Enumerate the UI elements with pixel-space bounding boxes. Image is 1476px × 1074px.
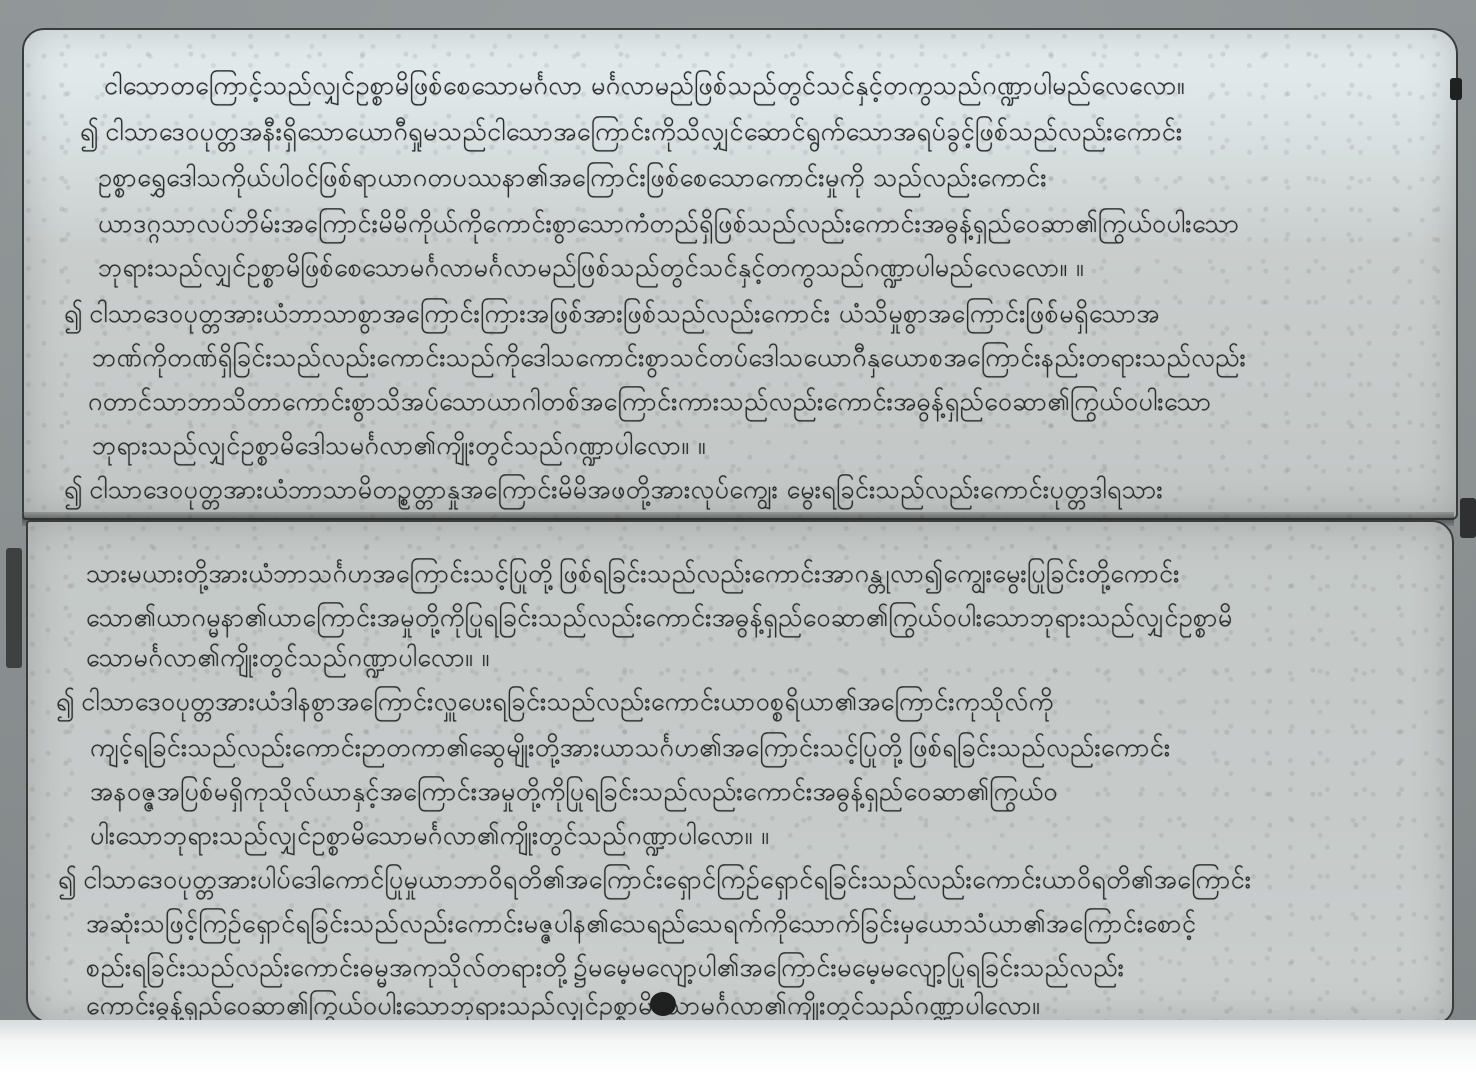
text-line: ဂတာင်သာဘာသိတာကောင်းစွာသိအပ်သောယာဂါတစ်အကြ… <box>24 386 1456 423</box>
edge-stain <box>1450 78 1462 100</box>
line-text: ယာဒဂ္ဂသာလပ်ဘိမ်းအကြောင်းမိမိကိုယ်ကိုကောင… <box>98 209 1240 238</box>
manuscript-leaf-bottom: သားမယားတို့အားယံဘာသင်္ဂဟအကြောင်းသင့်ပြုတ… <box>26 520 1454 1024</box>
line-text: ပါးသောဘုရားသည်လျှင်ဥစ္စာမိသောမင်္ဂလာ၏ကျိ… <box>90 821 769 850</box>
line-text: ငါသာဒေဝပုတ္တအားပါပ်ဒေါကောင်ပြုမှုယာဘာဝိရ… <box>83 865 1251 894</box>
line-text: သောမင်္ဂလာ၏ကျိုးတွင်သည်ဂဏ္ဍာပါလော။ ။ <box>86 643 490 672</box>
line-text: ငါသာဒေဝပုတ္တအားယံဘာသာစွာအကြောင်းကြားအဖြစ… <box>89 299 1160 328</box>
text-line: ၍ငါသာဒေဝပုတ္တအားယံဘာသာစွာအကြောင်းကြားအဖြ… <box>24 298 1456 335</box>
line-text: ငါသာဒေဝပုတ္တအနီးရှိသောယောဂီရှုမသည်ငါသောအ… <box>105 117 1182 146</box>
edge-stain <box>1460 498 1476 538</box>
line-text: ကောင်းဓွန့်ရှည်ဝေဆာ၏ကြွယ်ဝပါးသောဘုရားသည်… <box>86 991 1040 1020</box>
text-line: ဘဏ်ကိုတဏ်ရှိခြင်းသည်လည်းကောင်းသည်ကိုဒေါသ… <box>24 342 1456 379</box>
text-line: စည်းရခြင်းသည်လည်းကောင်းဓမ္မအကုသိုလ်တရားတ… <box>28 952 1452 989</box>
section-marker: ၍ <box>64 299 83 328</box>
text-line: ကျင့်ရခြင်းသည်လည်းကောင်းဉာတကာ၏ဆွေမျိုးတိ… <box>28 732 1452 769</box>
text-line: သောမင်္ဂလာ၏ကျိုးတွင်သည်ဂဏ္ဍာပါလော။ ။ <box>28 642 1452 679</box>
line-text: သားမယားတို့အားယံဘာသင်္ဂဟအကြောင်းသင့်ပြုတ… <box>86 559 1180 588</box>
text-line: အနဝဇ္ဇအပြစ်မရှိကုသိုလ်ယာနှင့်အကြောင်းအမှ… <box>28 776 1452 813</box>
text-line: ၍ငါသာဒေဝပုတ္တအားယံဘာသာမိတဉ္စတ္တာနှုအကြော… <box>24 474 1456 511</box>
line-text: ဘုရားသည်လျှင်ဥစ္စာမိဒေါသမင်္ဂလာ၏ကျိုးတွင… <box>92 431 706 460</box>
line-text: ကျင့်ရခြင်းသည်လည်းကောင်းဉာတကာ၏ဆွေမျိုးတိ… <box>90 733 1171 762</box>
section-marker: ၍ <box>80 117 99 146</box>
text-line: ဥစ္စာရွှေဒေါသကိုယ်ပါဝင်ဖြစ်ရာယာဂတပဿနာ၏အက… <box>24 162 1456 199</box>
text-line: ၍ငါသာဒေဝပုတ္တအနီးရှိသောယောဂီရှုမသည်ငါသော… <box>24 116 1456 153</box>
text-line: ဘုရားသည်လျှင်ဥစ္စာမိဒေါသမင်္ဂလာ၏ကျိုးတွင… <box>24 430 1456 467</box>
text-line: ပါးသောဘုရားသည်လျှင်ဥစ္စာမိသောမင်္ဂလာ၏ကျိ… <box>28 820 1452 857</box>
text-line: ယာဒဂ္ဂသာလပ်ဘိမ်းအကြောင်းမိမိကိုယ်ကိုကောင… <box>24 208 1456 245</box>
text-line: ကောင်းဓွန့်ရှည်ဝေဆာ၏ကြွယ်ဝပါးသောဘုရားသည်… <box>28 990 1452 1024</box>
line-text: ဥစ္စာရွှေဒေါသကိုယ်ပါဝင်ဖြစ်ရာယာဂတပဿနာ၏အက… <box>98 163 1047 192</box>
text-line: သားမယားတို့အားယံဘာသင်္ဂဟအကြောင်းသင့်ပြုတ… <box>28 558 1452 595</box>
text-line: ဘုရားသည်လျှင်ဥစ္စာမိဖြစ်စေသောမင်္ဂလာမင်္… <box>24 252 1456 289</box>
section-marker: ၍ <box>58 865 77 894</box>
line-text: ငါသောတကြောင့်သည်လျှင်ဥစ္စာမိဖြစ်စေသောမင်… <box>104 71 1185 100</box>
line-text: အဆုံးသဖြင့်ကြဉ်ရှောင်ရခြင်းသည်လည်းကောင်း… <box>86 909 1196 938</box>
line-text: အနဝဇ္ဇအပြစ်မရှိကုသိုလ်ယာနှင့်အကြောင်းအမှ… <box>90 777 1058 806</box>
line-text: စည်းရခြင်းသည်လည်းကောင်းဓမ္မအကုသိုလ်တရားတ… <box>86 953 1124 982</box>
text-line: ၍ငါသာဒေဝပုတ္တအားယံဒါနစွာအကြောင်းလှူပေးရခ… <box>28 686 1452 723</box>
line-text: ငါသာဒေဝပုတ္တအားယံဒါနစွာအကြောင်းလှူပေးရခြ… <box>81 687 1053 716</box>
line-text: ငါသာဒေဝပုတ္တအားယံဘာသာမိတဉ္စတ္တာနှုအကြောင… <box>89 475 1163 504</box>
line-text: သော၏ယာဂမ္မနာ၏ယာကြောင်းအမှုတို့ကိုပြုရခြင… <box>86 603 1233 632</box>
line-text: ဘုရားသည်လျှင်ဥစ္စာမိဖြစ်စေသောမင်္ဂလာမင်္… <box>98 253 1084 282</box>
text-line: ၍ငါသာဒေဝပုတ္တအားပါပ်ဒေါကောင်ပြုမှုယာဘာဝိ… <box>28 864 1452 901</box>
line-text: ဂတာင်သာဘာသိတာကောင်းစွာသိအပ်သောယာဂါတစ်အကြ… <box>88 387 1212 416</box>
edge-stain <box>6 548 22 668</box>
section-marker: ၍ <box>64 475 83 504</box>
manuscript-leaf-top: ငါသောတကြောင့်သည်လျှင်ဥစ္စာမိဖြစ်စေသောမင်… <box>22 28 1458 520</box>
photo-bottom-margin <box>0 1020 1476 1074</box>
text-line: ငါသောတကြောင့်သည်လျှင်ဥစ္စာမိဖြစ်စေသောမင်… <box>24 70 1456 107</box>
ink-blot <box>650 992 676 1016</box>
text-line: အဆုံးသဖြင့်ကြဉ်ရှောင်ရခြင်းသည်လည်းကောင်း… <box>28 908 1452 945</box>
line-text: ဘဏ်ကိုတဏ်ရှိခြင်းသည်လည်းကောင်းသည်ကိုဒေါသ… <box>92 343 1246 372</box>
section-marker: ၍ <box>56 687 75 716</box>
text-line: သော၏ယာဂမ္မနာ၏ယာကြောင်းအမှုတို့ကိုပြုရခြင… <box>28 602 1452 639</box>
